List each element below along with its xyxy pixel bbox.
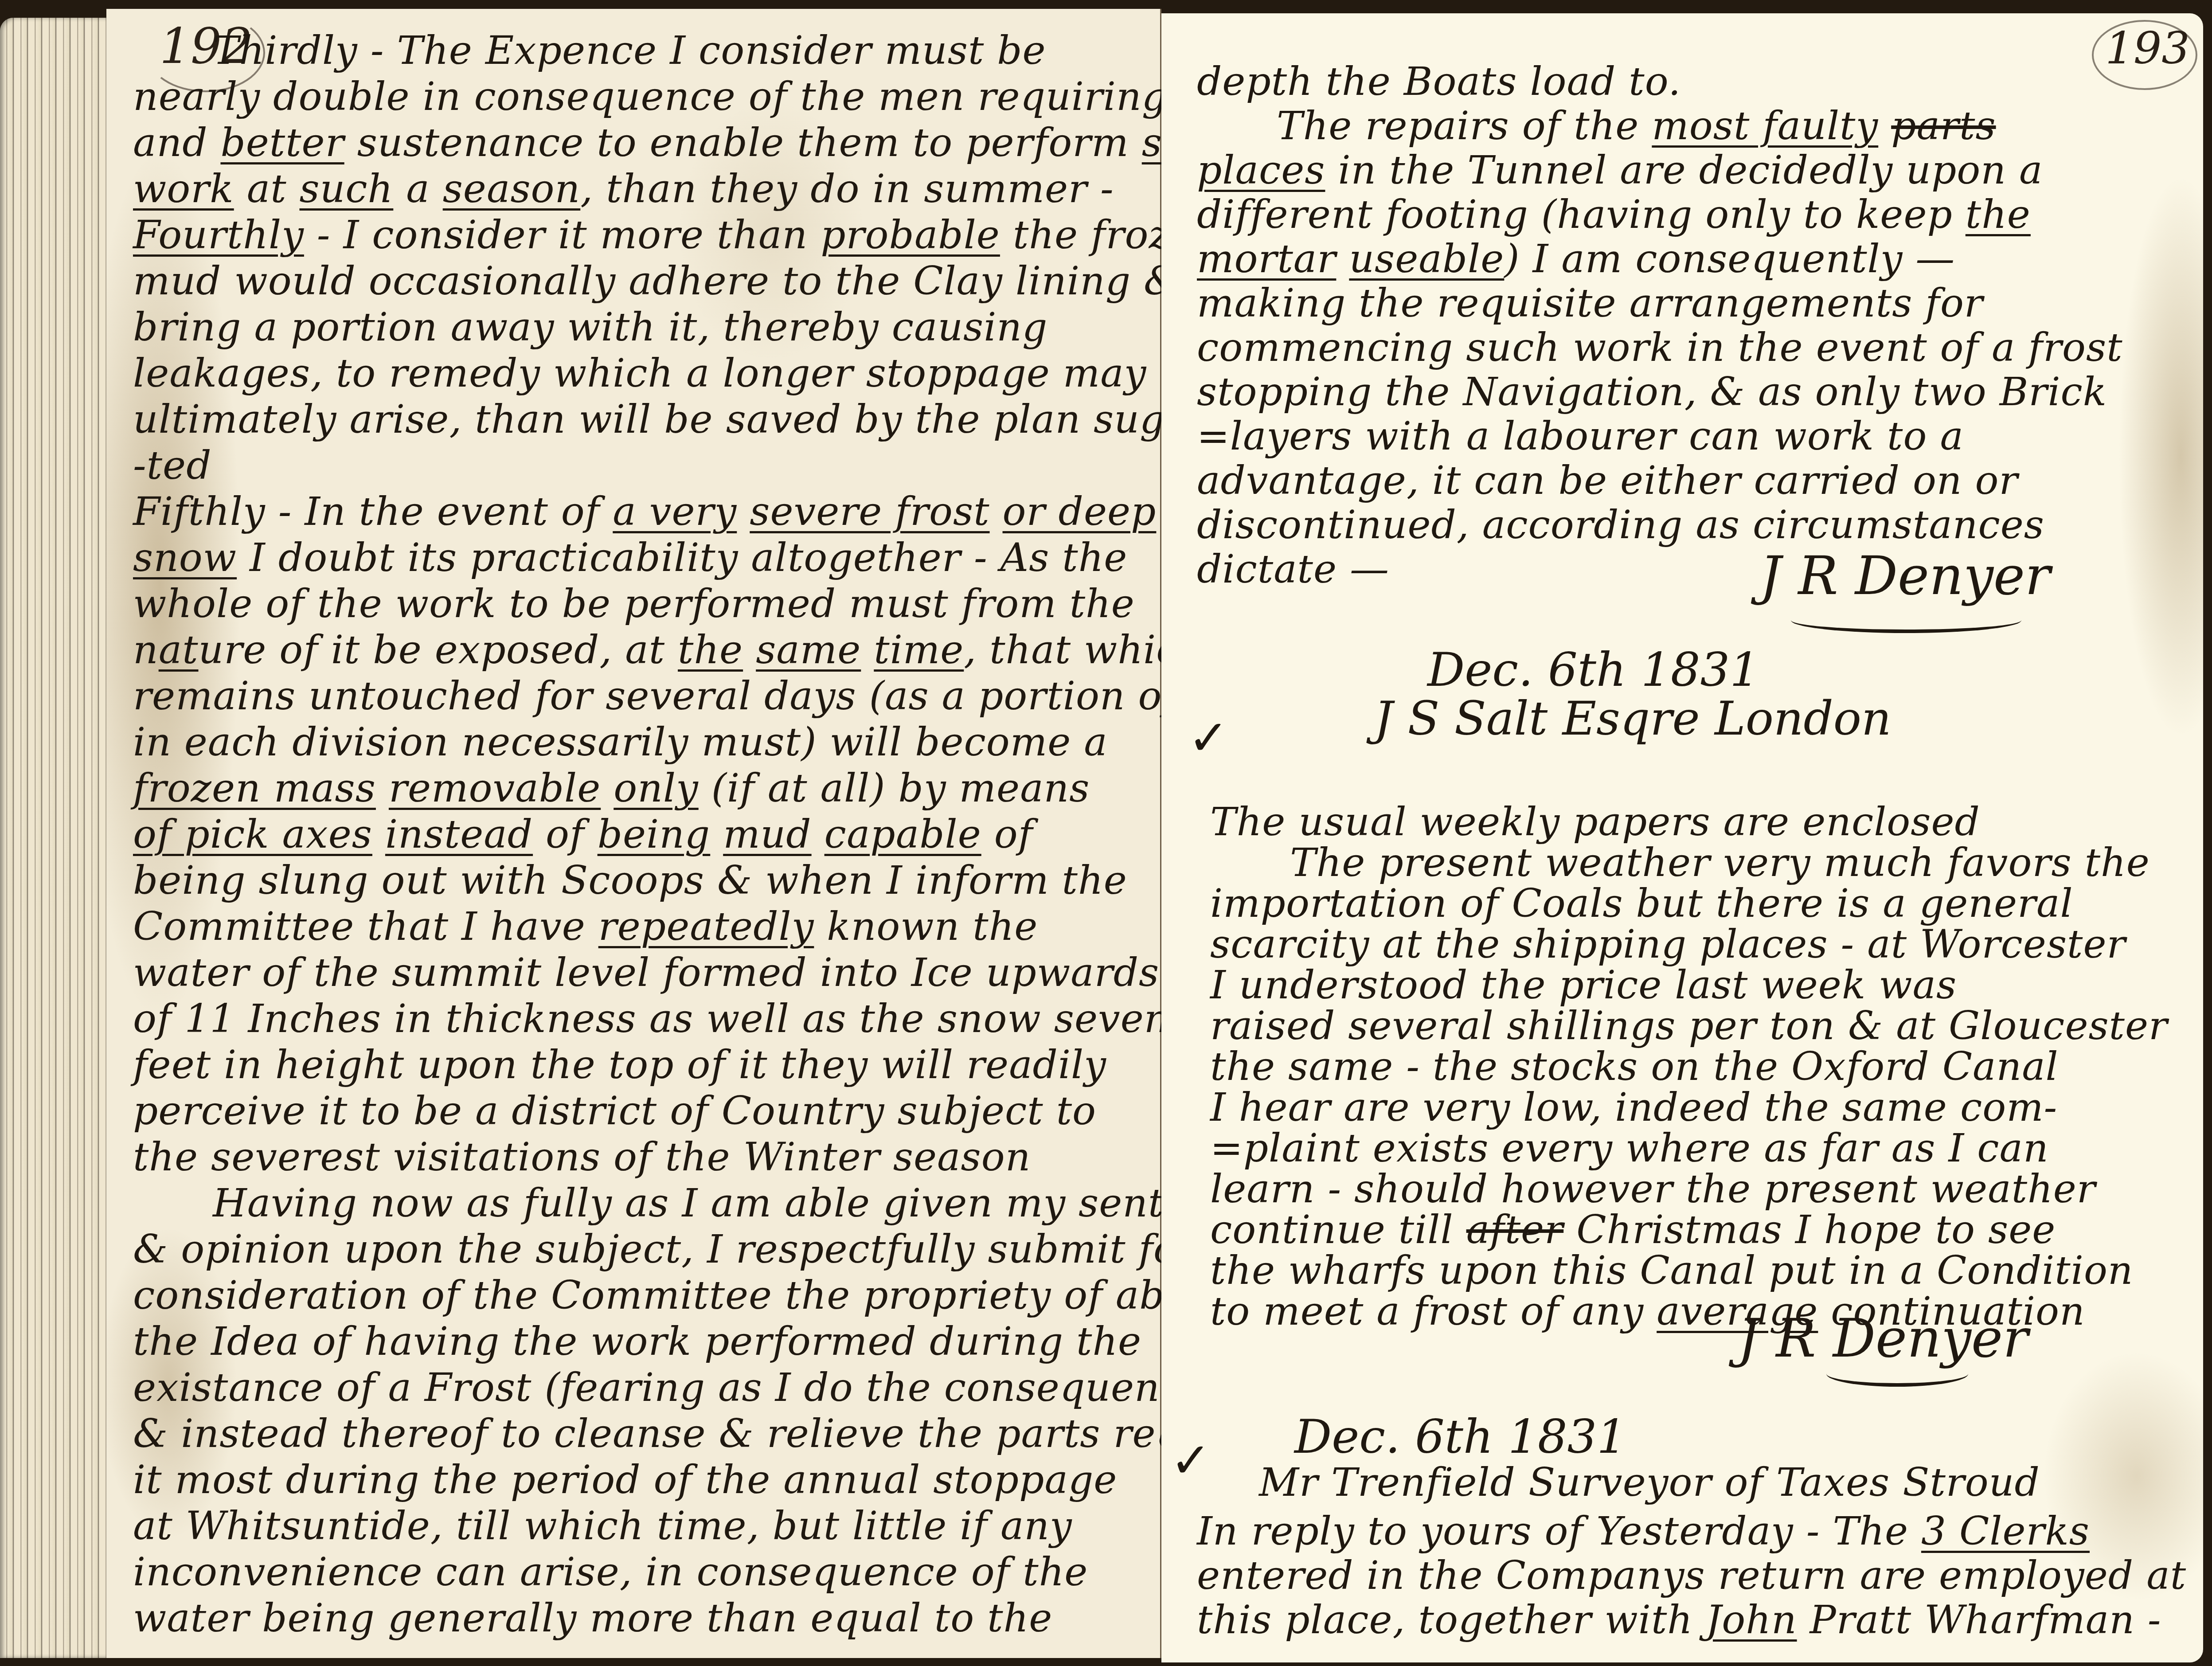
text-line: water of the summit level formed into Ic… xyxy=(133,953,1159,992)
text-line: this place, together with John Pratt Wha… xyxy=(1197,1600,2161,1639)
text-line: inconvenience can arise, in consequence … xyxy=(133,1553,1088,1592)
text-line: continue till after Christmas I hope to … xyxy=(1210,1210,2056,1249)
entry2-addressee: J S Salt Esqre London xyxy=(1374,692,1892,746)
signature-flourish-1 xyxy=(1791,607,2021,633)
text-line: the Idea of having the work performed du… xyxy=(133,1322,1141,1361)
text-line: the severest visitations of the Winter s… xyxy=(133,1138,1031,1177)
text-line: The repairs of the most faulty parts xyxy=(1277,106,1996,145)
text-line: work at such a season, than they do in s… xyxy=(133,169,1114,208)
text-line: advantage, it can be either carried on o… xyxy=(1197,461,2018,500)
text-line: In reply to yours of Yesterday - The 3 C… xyxy=(1197,1512,2090,1551)
ledger-book: 192 Thirdly - The Expence I consider mus… xyxy=(0,0,2212,1666)
text-line: I understood the price last week was xyxy=(1210,966,1957,1005)
text-line: nearly double in consequence of the men … xyxy=(133,77,1284,116)
text-line: raised several shillings per ton & at Gl… xyxy=(1210,1006,2168,1045)
left-page: 192 Thirdly - The Expence I consider mus… xyxy=(106,9,1161,1658)
text-line: Fourthly - I consider it more than proba… xyxy=(133,215,1219,254)
text-line: The present weather very much favors the xyxy=(1290,843,2150,882)
text-line: Committee that I have repeatedly known t… xyxy=(133,907,1038,946)
text-line: in each division necessarily must) will … xyxy=(133,723,1108,762)
text-line: & instead thereof to cleanse & relieve t… xyxy=(133,1414,1303,1453)
signature-1: J R Denyer xyxy=(1760,545,2050,607)
signature-flourish-2 xyxy=(1826,1361,1968,1387)
text-line: The usual weekly papers are enclosed xyxy=(1210,802,1980,841)
text-line: different footing (having only to keep t… xyxy=(1197,195,2031,234)
text-line: & opinion upon the subject, I respectful… xyxy=(133,1230,1274,1269)
text-line: depth the Boats load to. xyxy=(1197,62,1681,101)
check-mark-icon: ✓ xyxy=(1188,709,1229,766)
text-line: making the requisite arrangements for xyxy=(1197,284,1983,323)
text-line: importation of Coals but there is a gene… xyxy=(1210,884,2073,923)
text-line: remains untouched for several days (as a… xyxy=(133,677,1177,716)
text-line: it most during the period of the annual … xyxy=(133,1460,1117,1499)
signature-2: J R Denyer xyxy=(1738,1308,2028,1369)
text-line: dictate — xyxy=(1197,550,1389,589)
check-mark-icon: ✓ xyxy=(1170,1432,1211,1489)
text-line: perceive it to be a district of Country … xyxy=(133,1091,1096,1130)
text-line: feet in height upon the top of it they w… xyxy=(133,1045,1106,1084)
right-page: 193 depth the Boats load to.The repairs … xyxy=(1161,13,2203,1662)
text-line: ultimately arise, than will be saved by … xyxy=(133,400,1235,439)
page-stack-edge xyxy=(0,18,106,1658)
text-line: of pick axes instead of being mud capabl… xyxy=(133,815,1033,854)
text-line: places in the Tunnel are decidedly upon … xyxy=(1197,151,2043,190)
text-line: discontinued, according as circumstances xyxy=(1197,505,2044,544)
entry3-addressee: Mr Trenfield Surveyor of Taxes Stroud xyxy=(1259,1463,2040,1502)
entry2-date: Dec. 6th 1831 xyxy=(1427,643,1759,697)
text-line: stopping the Navigation, & as only two B… xyxy=(1197,372,2107,411)
text-line: I hear are very low, indeed the same com… xyxy=(1210,1088,2057,1127)
text-line: frozen mass removable only (if at all) b… xyxy=(133,769,1090,808)
text-line: commencing such work in the event of a f… xyxy=(1197,328,2123,367)
text-line: Thirdly - The Expence I consider must be xyxy=(213,31,1046,70)
text-line: entered in the Companys return are emplo… xyxy=(1197,1556,2186,1595)
text-line: at Whitsuntide, till which time, but lit… xyxy=(133,1506,1072,1545)
text-line: mud would occasionally adhere to the Cla… xyxy=(133,262,1179,301)
text-line: Fifthly - In the event of a very severe … xyxy=(133,492,1156,531)
text-line: learn - should however the present weath… xyxy=(1210,1169,2096,1208)
text-line: snow I doubt its practicability altogeth… xyxy=(133,538,1127,577)
text-line: the same - the stocks on the Oxford Cana… xyxy=(1210,1047,2059,1086)
text-line: whole of the work to be performed must f… xyxy=(133,584,1135,623)
text-line: being slung out with Scoops & when I inf… xyxy=(133,861,1127,900)
text-line: -ted xyxy=(133,446,212,485)
text-line: =layers with a labourer can work to a xyxy=(1197,417,1964,456)
text-line: scarcity at the shipping places - at Wor… xyxy=(1210,925,2126,964)
text-line: mortar useable) I am consequently — xyxy=(1197,239,1955,278)
text-line: nature of it be exposed, at the same tim… xyxy=(133,630,1204,669)
entry3-date: Dec. 6th 1831 xyxy=(1294,1410,1626,1464)
text-line: of 11 Inches in thickness as well as the… xyxy=(133,999,1169,1038)
text-line: existance of a Frost (fearing as I do th… xyxy=(133,1368,1206,1407)
text-line: the wharfs upon this Canal put in a Cond… xyxy=(1210,1251,2134,1290)
text-line: =plaint exists every where as far as I c… xyxy=(1210,1129,2049,1168)
text-line: water being generally more than equal to… xyxy=(133,1599,1052,1638)
text-line: Having now as fully as I am able given m… xyxy=(213,1184,1300,1223)
text-line: and better sustenance to enable them to … xyxy=(133,123,1236,162)
text-line: leakages, to remedy which a longer stopp… xyxy=(133,354,1146,393)
page-number-right: 193 xyxy=(2105,22,2190,74)
text-line: bring a portion away with it, thereby ca… xyxy=(133,308,1047,347)
